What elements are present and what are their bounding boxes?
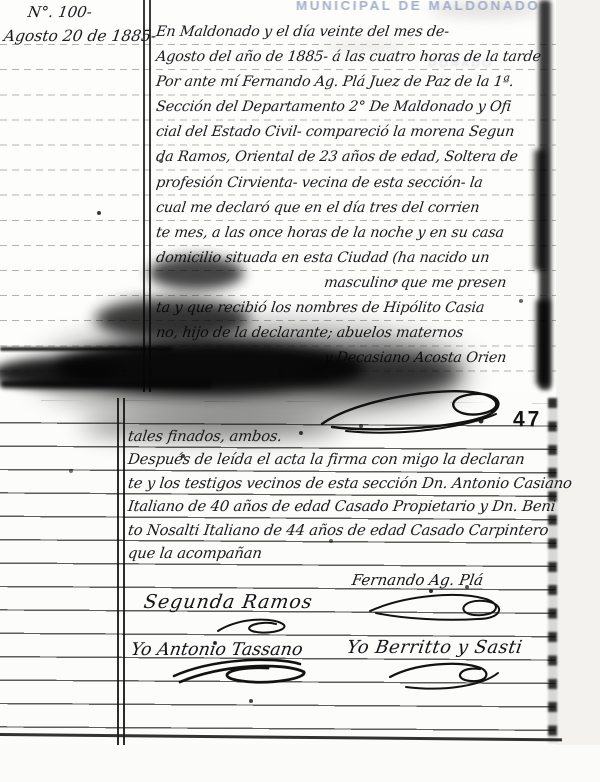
signature-declarant: Segunda Ramos [142, 591, 314, 613]
record-date: Agosto 20 de 1885- [3, 27, 158, 45]
register-page-bottom: tales finados, ambos. Después de leída e… [0, 393, 600, 782]
handwritten-line: te y los testigos vecinos de esta secció… [127, 472, 556, 495]
handwritten-line: Italiano de 40 años de edad Casado Propi… [127, 495, 556, 518]
ink-speckles [0, 0, 2, 2]
rubric-witness-2 [386, 659, 504, 691]
handwritten-line: tales finados, ambos. [127, 425, 556, 448]
handwritten-line: cial del Estado Civil- compareció la mor… [154, 120, 549, 145]
handwritten-line: En Maldonado y el día veinte del mes de- [154, 20, 549, 45]
record-number: N°. 100- [27, 3, 93, 21]
rubric-witness-1 [172, 656, 310, 688]
handwritten-line: que la acompañan [127, 542, 556, 565]
handwritten-line: Por ante mí Fernando Ag. Plá Juez de Paz… [154, 70, 549, 95]
signature-witness-2: Yo Berritto y Sasti [345, 637, 524, 658]
ink-streak [0, 380, 212, 388]
dark-margin-line [0, 347, 172, 351]
handwritten-line: to Nosalti Italiano de 44 años de edad C… [127, 519, 556, 542]
scanned-register-document: MUNICIPAL DE MALDONADO DONADO N°. 100- A… [0, 0, 600, 782]
handwritten-line: Después de leída el acta la firma con mi… [127, 448, 556, 471]
page-edge-ink-chunk [536, 300, 550, 385]
handwritten-line: cual me declaró que en el día tres del c… [154, 196, 549, 221]
rubric-judge [366, 589, 508, 623]
handwritten-line: Sección del Departamento 2° De Maldonado… [154, 95, 549, 120]
municipal-stamp-text: MUNICIPAL DE MALDONADO [296, 0, 596, 13]
margin-vertical-rule-right [123, 398, 125, 746]
rubric-declarant [214, 615, 292, 637]
handwritten-line: profesión Cirvienta- vecina de esta secc… [154, 171, 549, 196]
handwritten-line: Agosto del año de 1885- á las cuatro hor… [154, 45, 549, 70]
page-edge-ink-chunk [534, 150, 546, 270]
record-continuation-text: tales finados, ambos. Después de leída e… [128, 425, 554, 565]
handwritten-line: da Ramos, Oriental de 23 años de edad, S… [154, 145, 549, 170]
ink-blotch [148, 256, 244, 290]
handwritten-line: te mes, a las once horas de la noche y e… [154, 221, 549, 246]
signature-judge: Fernando Ag. Plá [351, 571, 485, 589]
scanner-background [0, 745, 600, 782]
ink-stain-tendril [95, 298, 250, 340]
margin-vertical-rule-left [117, 398, 119, 746]
